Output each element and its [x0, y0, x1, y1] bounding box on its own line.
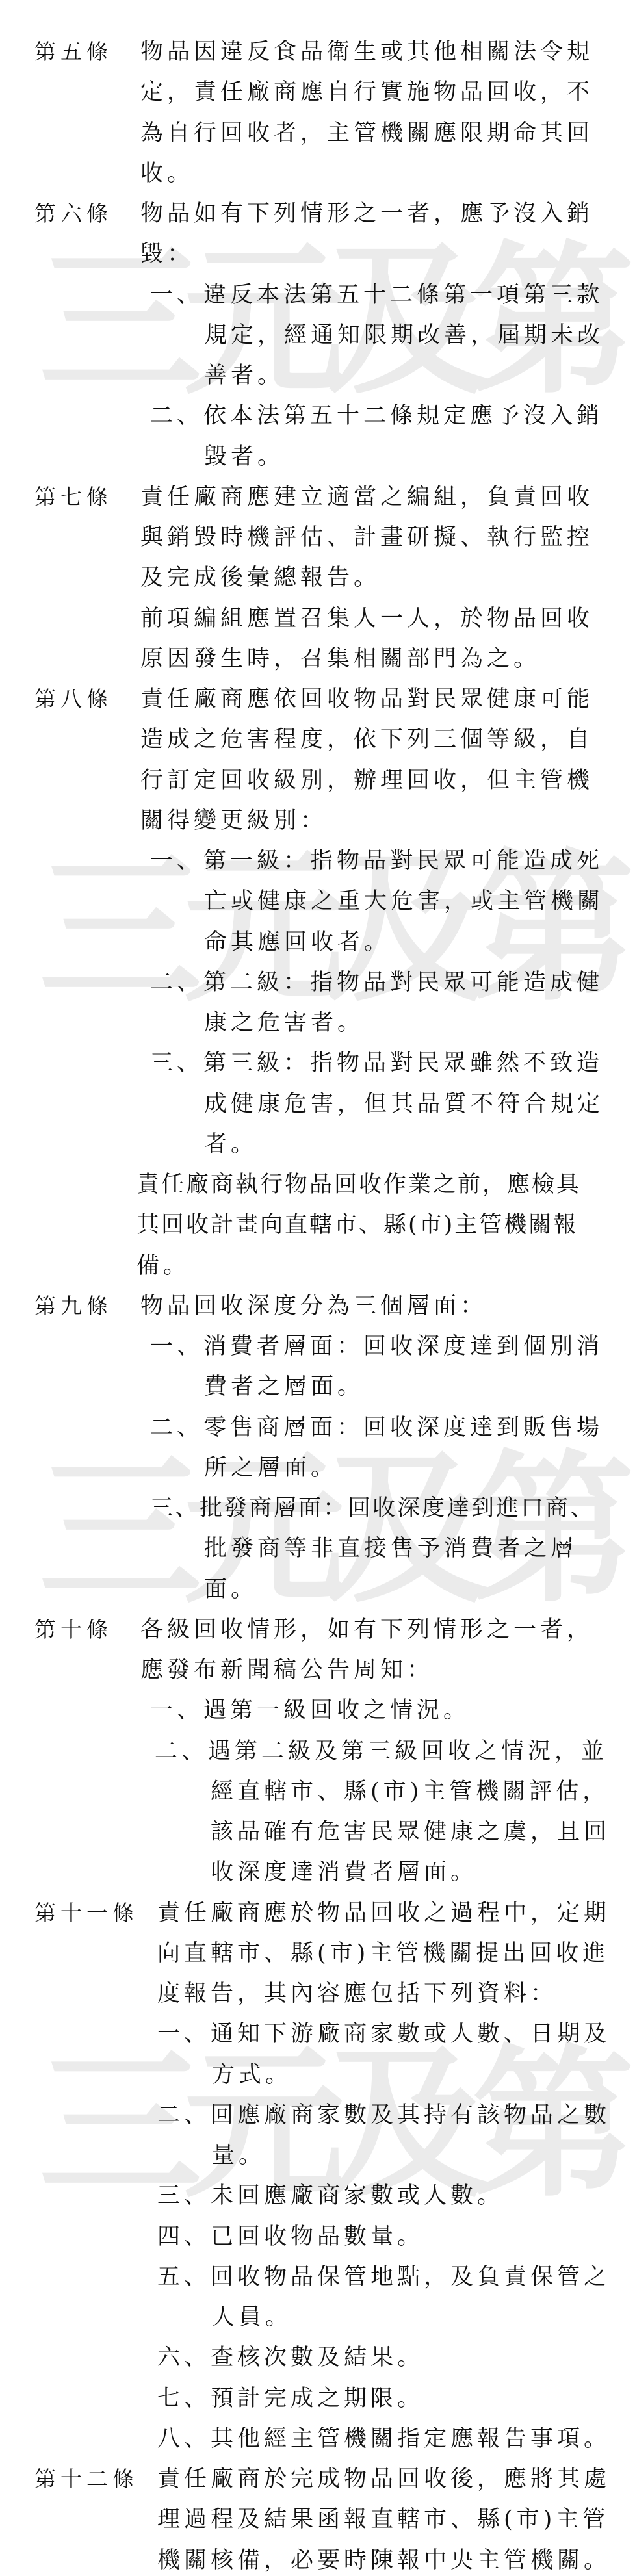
list-item: 一、消費者層面：回收深度達到個別消: [150, 1326, 603, 1367]
list-item-cont: 批發商等非直接售予消費者之層: [204, 1528, 577, 1569]
article-text: 備。: [136, 1246, 190, 1286]
list-item: 三、第三級：指物品對民眾雖然不致造: [150, 1043, 603, 1083]
article-label: 第五條: [34, 32, 112, 72]
article-text: 物品因違反食品衛生或其他相關法令規: [140, 32, 593, 72]
article-label: 第十條: [34, 1610, 112, 1650]
article-text: 責任廠商執行物品回收作業之前，應檢具: [136, 1165, 581, 1205]
list-item: 一、遇第一級回收之情況。: [150, 1690, 470, 1731]
article-label: 第六條: [34, 194, 112, 234]
list-item: 一、違反本法第五十二條第一項第三款: [150, 275, 603, 315]
list-item-cont: 收深度達消費者層面。: [211, 1852, 477, 1892]
list-item-cont: 面。: [204, 1569, 257, 1610]
list-item: 七、預計完成之期限。: [157, 2378, 424, 2419]
list-item-cont: 費者之層面。: [204, 1367, 364, 1407]
article-text: 收。: [140, 153, 194, 194]
list-item: 二、零售商層面：回收深度達到販售場: [150, 1408, 603, 1448]
list-item: 五、回收物品保管地點，及負責保管之: [157, 2257, 610, 2297]
list-item: 六、查核次數及結果。: [157, 2338, 424, 2378]
list-item-cont: 規定，經通知限期改善，屆期未改: [204, 315, 604, 355]
list-item-cont: 命其應回收者。: [204, 922, 391, 962]
article-text: 理過程及結果函報直轄市、縣(市)主管: [157, 2499, 609, 2540]
article-text: 應發布新聞稿公告周知：: [140, 1650, 434, 1690]
list-item-cont: 人員。: [212, 2297, 292, 2338]
list-item-cont: 善者。: [204, 355, 284, 396]
article-text: 機關核備，必要時陳報中央主管機關。: [157, 2540, 610, 2576]
article-text: 責任廠商應依回收物品對民眾健康可能: [140, 679, 593, 719]
list-item-cont: 康之危害者。: [204, 1003, 364, 1043]
article-text: 各級回收情形，如有下列情形之一者，: [140, 1610, 593, 1650]
article-text: 與銷毀時機評估、計畫研擬、執行監控: [140, 517, 593, 558]
list-item: 二、遇第二級及第三級回收之情況，並: [155, 1731, 608, 1771]
article-text: 責任廠商應建立適當之編組，負責回收: [140, 477, 593, 517]
list-item-cont: 量。: [212, 2135, 265, 2176]
article-text: 責任廠商應於物品回收之過程中，定期: [157, 1893, 610, 1933]
article-text: 物品回收深度分為三個層面：: [140, 1286, 487, 1326]
article-text: 毀：: [140, 234, 194, 274]
article-text: 責任廠商於完成物品回收後，應將其處: [157, 2459, 610, 2499]
list-item: 八、其他經主管機關指定應報告事項。: [157, 2419, 610, 2459]
article-text: 為自行回收者，主管機關應限期命其回: [140, 113, 593, 153]
list-item-cont: 所之層面。: [204, 1448, 337, 1488]
list-item: 二、第二級：指物品對民眾可能造成健: [150, 962, 603, 1003]
article-label: 第八條: [34, 679, 112, 719]
list-item-cont: 該品確有危害民眾健康之虞，且回: [211, 1812, 610, 1852]
article-label: 第九條: [34, 1286, 112, 1326]
article-label: 第七條: [34, 477, 112, 517]
list-item: 一、第一級：指物品對民眾可能造成死: [150, 841, 603, 881]
list-item: 四、已回收物品數量。: [157, 2217, 424, 2257]
list-item-cont: 毀者。: [204, 437, 284, 477]
article-text: 其回收計畫向直轄市、縣(市)主管機關報: [136, 1205, 578, 1245]
article-text: 關得變更級別：: [140, 801, 327, 841]
list-item-cont: 亡或健康之重大危害，或主管機關: [204, 881, 604, 921]
article-label: 第十二條: [34, 2459, 138, 2499]
article-text: 行訂定回收級別，辦理回收，但主管機: [140, 760, 593, 801]
article-text: 造成之危害程度，依下列三個等級，自: [140, 719, 593, 760]
article-text: 度報告，其內容應包括下列資料：: [157, 1974, 557, 2014]
list-item: 三、未回應廠商家數或人數。: [157, 2176, 504, 2216]
list-item-cont: 者。: [204, 1124, 257, 1165]
list-item: 一、通知下游廠商家數或人數、日期及: [157, 2014, 610, 2054]
article-text: 向直轄市、縣(市)主管機關提出回收進: [157, 1933, 609, 1974]
list-item-cont: 方式。: [212, 2055, 292, 2095]
list-item: 二、依本法第五十二條規定應予沒入銷: [150, 396, 603, 436]
article-text: 原因發生時，召集相關部門為之。: [140, 639, 540, 679]
list-item-cont: 經直轄市、縣(市)主管機關評估，: [211, 1771, 609, 1812]
list-item: 二、回應廠商家數及其持有該物品之數: [157, 2095, 610, 2135]
article-text: 及完成後彙總報告。: [140, 558, 380, 598]
article-text: 定，責任廠商應自行實施物品回收，不: [140, 72, 593, 112]
article-label: 第十一條: [34, 1893, 138, 1933]
list-item: 三、批發商層面：回收深度達到進口商、: [150, 1488, 595, 1528]
article-text: 物品如有下列情形之一者，應予沒入銷: [140, 194, 593, 234]
article-text: 前項編組應置召集人一人，於物品回收: [140, 599, 593, 639]
list-item-cont: 成健康危害，但其品質不符合規定: [204, 1084, 604, 1124]
